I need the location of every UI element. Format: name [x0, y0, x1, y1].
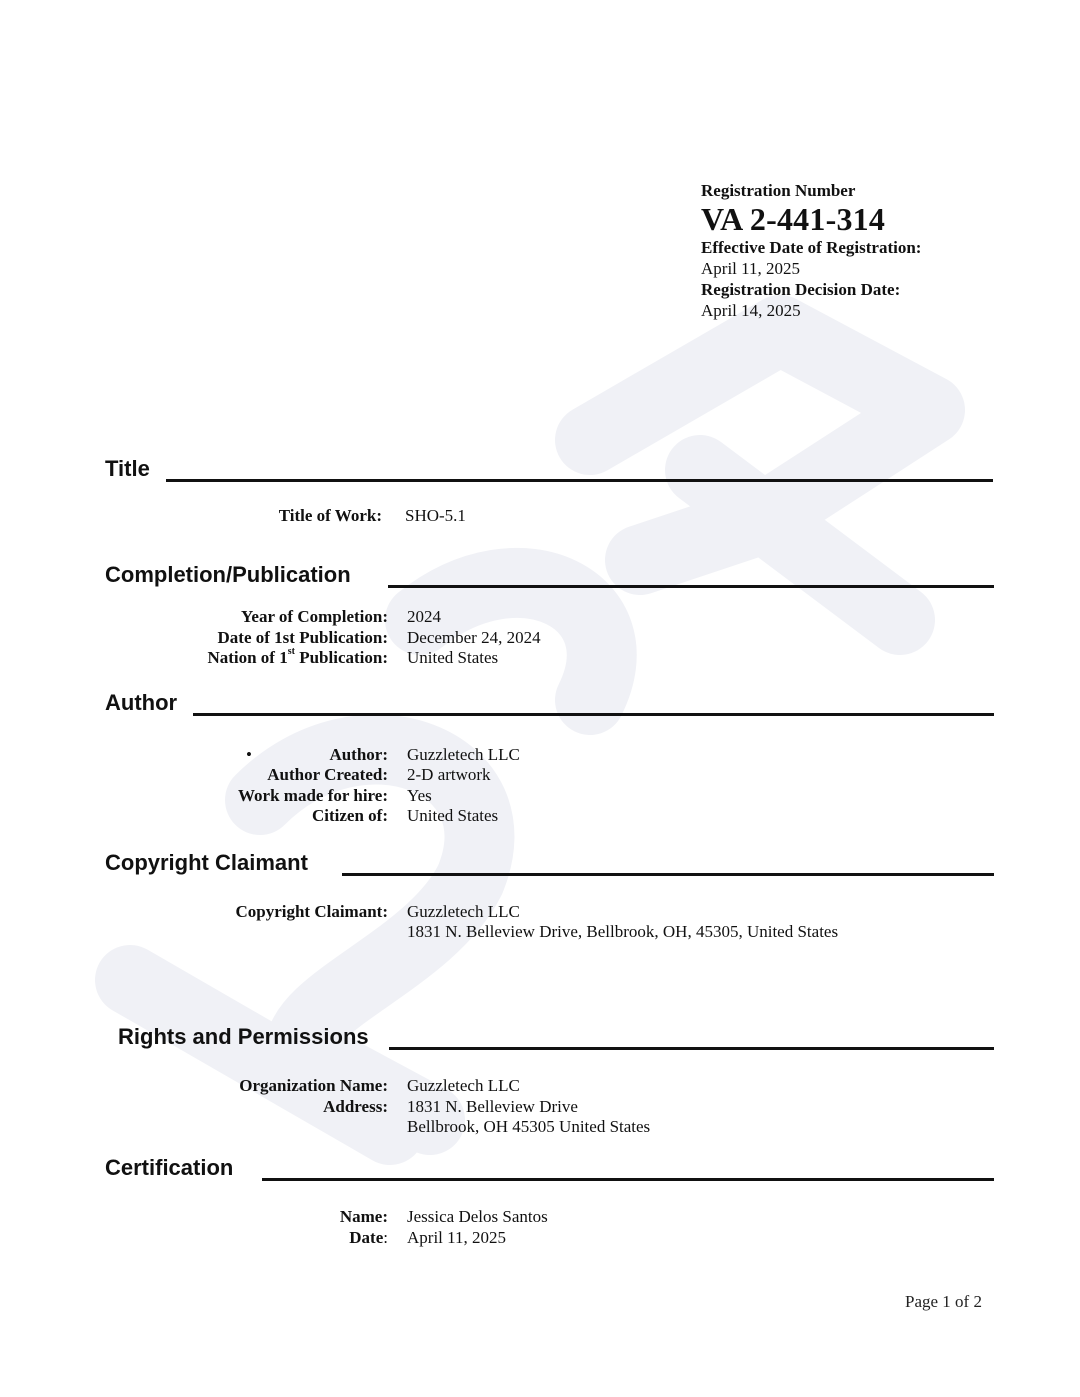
section-heading-certification: Certification — [105, 1155, 233, 1181]
field-value: United States — [407, 648, 498, 669]
effective-date-value: April 11, 2025 — [701, 258, 921, 279]
section-heading-completion: Completion/Publication — [105, 562, 351, 588]
section-heading-rights: Rights and Permissions — [118, 1024, 369, 1050]
section-rule-claimant — [342, 873, 994, 876]
section-heading-claimant: Copyright Claimant — [105, 850, 308, 876]
field-label: Nation of 1st Publication: — [207, 648, 388, 669]
bullet-icon: • — [246, 745, 252, 766]
field-value: December 24, 2024 — [407, 628, 541, 649]
field-value-line2: Bellbrook, OH 45305 United States — [407, 1117, 650, 1138]
field-label: Date: — [349, 1228, 388, 1249]
field-label: Title of Work: — [279, 506, 382, 527]
page-number: Page 1 of 2 — [905, 1292, 982, 1312]
field-value: 2024 — [407, 607, 441, 628]
field-label: Year of Completion: — [241, 607, 388, 628]
field-label: Date of 1st Publication: — [218, 628, 388, 649]
field-label: Author: — [329, 745, 388, 766]
section-rule-certification — [262, 1178, 994, 1181]
section-heading-author: Author — [105, 690, 177, 716]
field-value: 1831 N. Belleview Drive — [407, 1097, 578, 1118]
field-value: Guzzletech LLC — [407, 902, 520, 923]
document-page: Registration Number VA 2-441-314 Effecti… — [0, 0, 1080, 1397]
section-rule-title — [166, 479, 993, 482]
field-label: Address: — [323, 1097, 388, 1118]
field-label: Name: — [340, 1207, 388, 1228]
registration-block: Registration Number VA 2-441-314 Effecti… — [701, 180, 921, 321]
field-value: United States — [407, 806, 498, 827]
section-rule-rights — [389, 1047, 994, 1050]
decision-date-value: April 14, 2025 — [701, 300, 921, 321]
field-value: Jessica Delos Santos — [407, 1207, 548, 1228]
field-label: Citizen of: — [312, 806, 388, 827]
field-value: 2-D artwork — [407, 765, 491, 786]
field-label: Work made for hire: — [238, 786, 388, 807]
field-value: SHO-5.1 — [405, 506, 466, 527]
section-heading-title: Title — [105, 456, 150, 482]
field-label: Copyright Claimant: — [235, 902, 388, 923]
field-value: April 11, 2025 — [407, 1228, 506, 1249]
field-label: Author Created: — [267, 765, 388, 786]
section-rule-author — [193, 713, 994, 716]
field-value: Guzzletech LLC — [407, 1076, 520, 1097]
field-value-address: 1831 N. Belleview Drive, Bellbrook, OH, … — [407, 922, 838, 943]
decision-date-label: Registration Decision Date: — [701, 279, 921, 300]
registration-number: VA 2-441-314 — [701, 201, 921, 237]
field-value: Guzzletech LLC — [407, 745, 520, 766]
registration-number-label: Registration Number — [701, 180, 921, 201]
effective-date-label: Effective Date of Registration: — [701, 237, 921, 258]
section-rule-completion — [388, 585, 994, 588]
field-label: Organization Name: — [239, 1076, 388, 1097]
field-value: Yes — [407, 786, 432, 807]
